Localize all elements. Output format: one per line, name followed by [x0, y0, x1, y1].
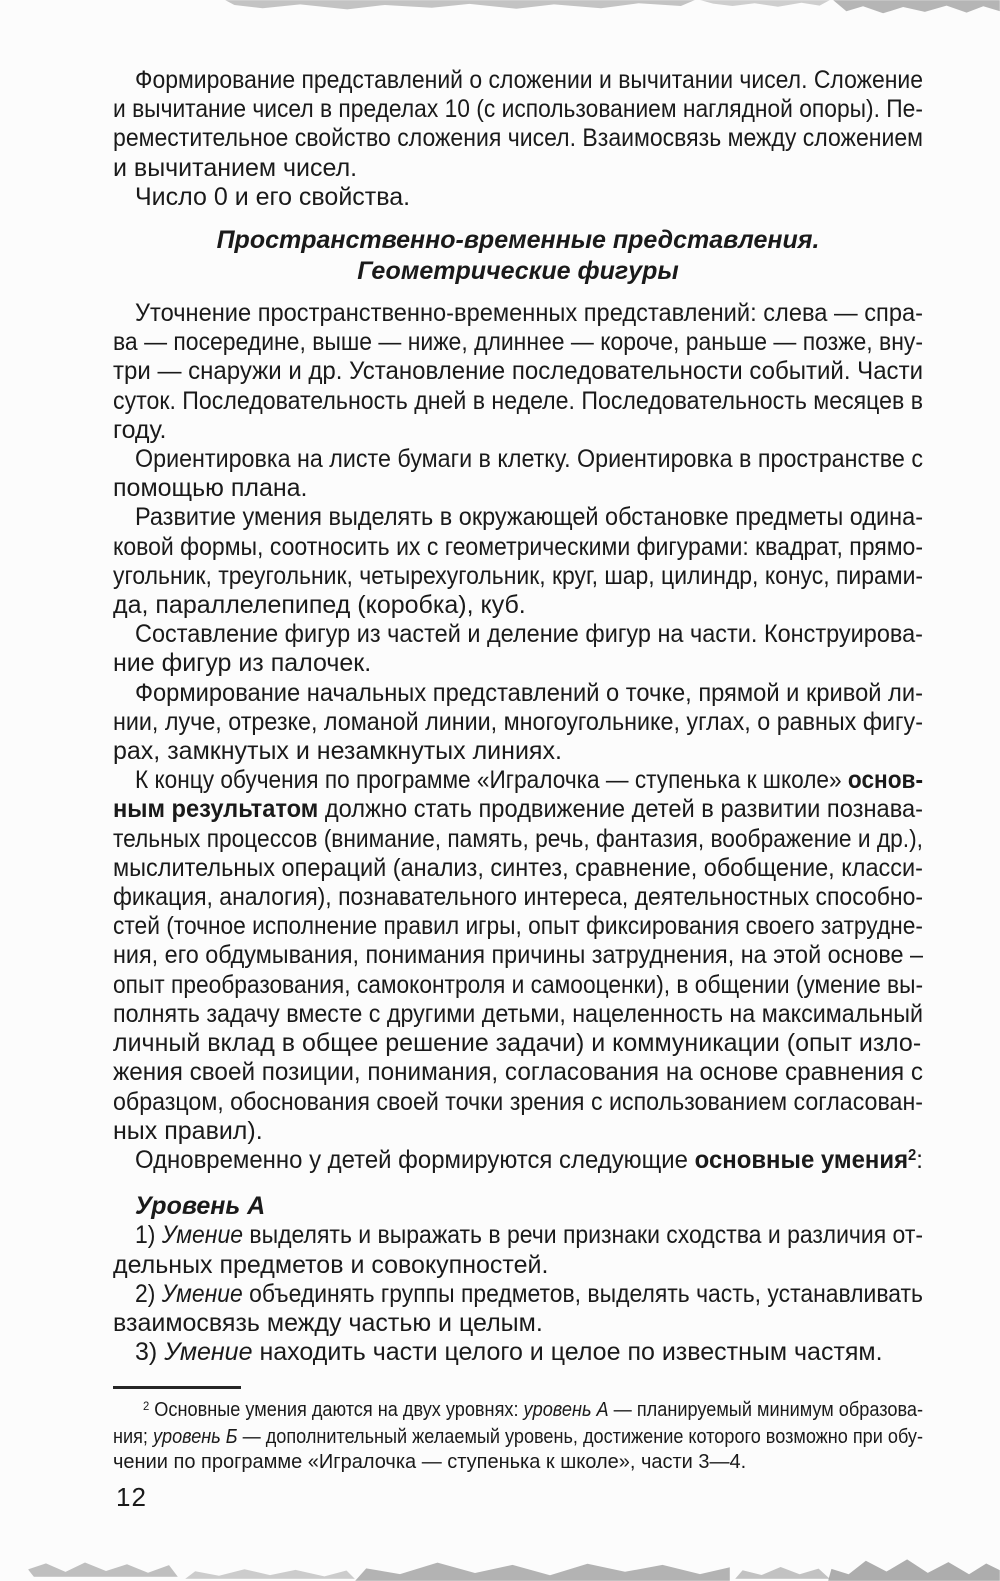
text-line: угольник, треугольник, четырехугольник, … — [113, 562, 923, 591]
text-line: и вычитанием чисел. — [113, 154, 923, 183]
text-line: Геометрические фигуры — [113, 256, 923, 287]
text-line: фикация, аналогия), познавательного инте… — [113, 883, 923, 912]
text-line: да, параллелепипед (коробка), куб. — [113, 591, 923, 620]
text-line: 3) Умение находить части целого и целое … — [113, 1338, 923, 1367]
scan-noise-mark — [355, 1558, 730, 1581]
text-line: ковой формы, соотносить их с геометричес… — [113, 533, 923, 562]
text-line: образцом, обоснования своей точки зрения… — [113, 1088, 923, 1117]
paragraph-3: Уточнение пространственно-временных пред… — [113, 299, 923, 445]
scan-noise-mark — [828, 1554, 1000, 1581]
text-line: ния, его обдумывания, понимания причины … — [113, 941, 923, 970]
text-line: рах, замкнутых и незамкнутых линиях. — [113, 737, 923, 766]
footnote-rule — [113, 1386, 241, 1389]
text-line: ных правил). — [113, 1117, 923, 1146]
scan-noise-mark — [225, 0, 695, 11]
text-line: 2) Умение объединять группы предметов, в… — [113, 1280, 923, 1309]
text-line: Развитие умения выделять в окружающей об… — [113, 503, 923, 532]
text-line: Формирование представлений о сложении и … — [113, 66, 923, 95]
paragraph-4: Ориентировка на листе бумаги в клетку. О… — [113, 445, 923, 503]
text-line: взаимосвязь между частью и целым. — [113, 1309, 923, 1338]
paragraph-11: 2) Умение объединять группы предметов, в… — [113, 1280, 923, 1338]
paragraph-10: 1) Умение выделять и выражать в речи при… — [113, 1221, 923, 1279]
text-line: ния; уровень Б — дополнительный желаемый… — [113, 1425, 923, 1450]
text-line: личный вклад в общее решение задачи) и к… — [113, 1029, 923, 1058]
page-number: 12 — [116, 1482, 147, 1513]
scan-noise-mark — [735, 1563, 830, 1579]
paragraph-8: К концу обучения по программе «Игралочка… — [113, 766, 923, 1146]
paragraph-7: Формирование начальных представлений о т… — [113, 679, 923, 767]
text-line: Ориентировка на листе бумаги в клетку. О… — [113, 445, 923, 474]
scanned-book-page: Формирование представлений о сложении и … — [0, 0, 1000, 1581]
scan-noise-mark — [833, 0, 1000, 14]
text-line: ние фигур из палочек. — [113, 649, 923, 678]
text-line: опыт преобразования, самоконтроля и само… — [113, 971, 923, 1000]
text-line: Число 0 и его свойства. — [113, 183, 923, 212]
text-line: Формирование начальных представлений о т… — [113, 679, 923, 708]
text-line: помощью плана. — [113, 474, 923, 503]
text-line: дельных предметов и совокупностей. — [113, 1251, 923, 1280]
paragraph-9: Одновременно у детей формируются следующ… — [113, 1146, 923, 1178]
text-line: мыслительных операций (анализ, синтез, с… — [113, 854, 923, 883]
scan-noise-mark — [28, 1560, 178, 1577]
paragraph-2: Число 0 и его свойства. — [113, 183, 923, 212]
text-line: чении по программе «Игралочка — ступеньк… — [113, 1450, 923, 1475]
text-line: нии, луче, отрезке, ломаной линии, много… — [113, 708, 923, 737]
scan-noise-mark — [700, 0, 830, 8]
text-line: суток. Последовательность дней в неделе.… — [113, 387, 923, 416]
text-line: Пространственно-временные представления. — [113, 225, 923, 256]
footnote: 2 Основные умения даются на двух уровнях… — [113, 1386, 923, 1474]
paragraph-12: 3) Умение находить части целого и целое … — [113, 1338, 923, 1367]
scan-noise-mark — [185, 1566, 355, 1579]
text-line: К концу обучения по программе «Игралочка… — [113, 766, 923, 795]
text-line: Одновременно у детей формируются следующ… — [113, 1146, 923, 1178]
text-line: Уточнение пространственно-временных пред… — [113, 299, 923, 328]
text-line: полнять задачу вместе с другими детьми, … — [113, 1000, 923, 1029]
text-line: ва — посередине, выше — ниже, длиннее — … — [113, 328, 923, 357]
text-line: тельных процессов (внимание, память, реч… — [113, 825, 923, 854]
text-line: и вычитание чисел в пределах 10 (с испол… — [113, 95, 923, 124]
text-line: 1) Умение выделять и выражать в речи при… — [113, 1221, 923, 1250]
text-line: Составление фигур из частей и деление фи… — [113, 620, 923, 649]
text-line: ным результатом должно стать продвижение… — [113, 795, 923, 824]
section-heading: Пространственно-временные представления.… — [113, 225, 923, 287]
paragraph-5: Развитие умения выделять в окружающей об… — [113, 503, 923, 620]
text-line: три — снаружи и др. Установление последо… — [113, 357, 923, 386]
text-line: стей (точное исполнение правил игры, опы… — [113, 912, 923, 941]
text-line: году. — [113, 416, 923, 445]
paragraph-1: Формирование представлений о сложении и … — [113, 66, 923, 183]
text-line: жения своей позиции, понимания, согласов… — [113, 1058, 923, 1087]
text-line: Уровень А — [113, 1192, 923, 1221]
text-line: 2 Основные умения даются на двух уровнях… — [113, 1398, 923, 1425]
paragraph-6: Составление фигур из частей и деление фи… — [113, 620, 923, 678]
page-text-content: Формирование представлений о сложении и … — [113, 66, 923, 1474]
text-line: реместительное свойство сложения чисел. … — [113, 124, 923, 153]
subheading-level-a: Уровень А — [113, 1192, 923, 1221]
